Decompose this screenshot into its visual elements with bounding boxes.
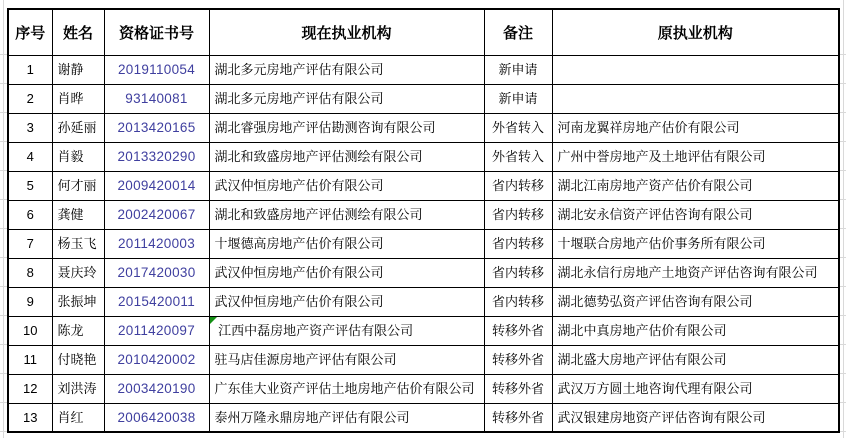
cell-remark[interactable]: 省内转移: [484, 258, 552, 287]
spreadsheet-gridline: [0, 199, 7, 200]
cell-index[interactable]: 9: [8, 287, 52, 316]
spreadsheet-gridline: [0, 431, 7, 432]
cell-current_org[interactable]: 武汉仲恒房地产估价有限公司: [209, 258, 484, 287]
cell-cert_no[interactable]: 2003420190: [104, 374, 209, 403]
cell-remark[interactable]: 转移外省: [484, 345, 552, 374]
cell-original_org[interactable]: 河南龙翼祥房地产估价有限公司: [552, 113, 839, 142]
cell-cert_no[interactable]: 2006420038: [104, 403, 209, 432]
header-index[interactable]: 序号: [8, 9, 52, 55]
cell-remark[interactable]: 转移外省: [484, 403, 552, 432]
spreadsheet-gridline: [0, 286, 7, 287]
cell-name[interactable]: 孙延丽: [52, 113, 104, 142]
spreadsheet-gridline: [0, 373, 7, 374]
cell-name[interactable]: 肖毅: [52, 142, 104, 171]
cell-remark[interactable]: 外省转入: [484, 142, 552, 171]
spreadsheet-gridline: [0, 141, 7, 142]
cell-name[interactable]: 何才丽: [52, 171, 104, 200]
transfer-table: 序号姓名资格证书号现在执业机构备注原执业机构 1谢静2019110054湖北多元…: [7, 8, 840, 433]
cell-index[interactable]: 8: [8, 258, 52, 287]
header-original_org[interactable]: 原执业机构: [552, 9, 839, 55]
cell-cert_no[interactable]: 2011420097: [104, 316, 209, 345]
header-current_org[interactable]: 现在执业机构: [209, 9, 484, 55]
cell-remark[interactable]: 省内转移: [484, 287, 552, 316]
spreadsheet-gridline: [0, 315, 7, 316]
cell-index[interactable]: 4: [8, 142, 52, 171]
cell-index[interactable]: 10: [8, 316, 52, 345]
cell-cert_no[interactable]: 2015420011: [104, 287, 209, 316]
cell-cert_no[interactable]: 2011420003: [104, 229, 209, 258]
cell-remark[interactable]: 转移外省: [484, 374, 552, 403]
header-name[interactable]: 姓名: [52, 9, 104, 55]
header-row: 序号姓名资格证书号现在执业机构备注原执业机构: [8, 9, 839, 55]
table-row: 12刘洪涛2003420190广东佳大业资产评估土地房地产估价有限公司转移外省武…: [8, 374, 839, 403]
table-row: 13肖红2006420038泰州万隆永鼎房地产评估有限公司转移外省武汉银建房地资…: [8, 403, 839, 432]
table-row: 9张振坤2015420011武汉仲恒房地产估价有限公司省内转移湖北德势弘资产评估…: [8, 287, 839, 316]
cell-remark[interactable]: 转移外省: [484, 316, 552, 345]
spreadsheet-gridline: [0, 54, 7, 55]
cell-current_org[interactable]: 武汉仲恒房地产估价有限公司: [209, 287, 484, 316]
table-row: 5何才丽2009420014武汉仲恒房地产估价有限公司省内转移湖北江南房地产资产…: [8, 171, 839, 200]
cell-name[interactable]: 肖晔: [52, 84, 104, 113]
cell-original_org[interactable]: 武汉银建房地资产评估咨询有限公司: [552, 403, 839, 432]
cell-name[interactable]: 陈龙: [52, 316, 104, 345]
cell-current_org[interactable]: 驻马店佳源房地产评估有限公司: [209, 345, 484, 374]
header-remark[interactable]: 备注: [484, 9, 552, 55]
spreadsheet-view: 序号姓名资格证书号现在执业机构备注原执业机构 1谢静2019110054湖北多元…: [0, 0, 846, 438]
cell-original_org[interactable]: 湖北盛大房地产评估有限公司: [552, 345, 839, 374]
cell-original_org[interactable]: 湖北德势弘资产评估咨询有限公司: [552, 287, 839, 316]
cell-original_org[interactable]: [552, 55, 839, 84]
cell-name[interactable]: 杨玉飞: [52, 229, 104, 258]
cell-current_org[interactable]: 十堰德高房地产估价有限公司: [209, 229, 484, 258]
cell-remark[interactable]: 外省转入: [484, 113, 552, 142]
spreadsheet-gridline: [0, 257, 7, 258]
cell-original_org[interactable]: 湖北永信行房地产土地资产评估咨询有限公司: [552, 258, 839, 287]
table-row: 3孙延丽2013420165湖北睿强房地产评估勘测咨询有限公司外省转入河南龙翼祥…: [8, 113, 839, 142]
cell-current_org[interactable]: 广东佳大业资产评估土地房地产估价有限公司: [209, 374, 484, 403]
table-body: 1谢静2019110054湖北多元房地产评估有限公司新申请2肖晔93140081…: [8, 55, 839, 432]
cell-index[interactable]: 5: [8, 171, 52, 200]
cell-original_org[interactable]: 湖北江南房地产资产估价有限公司: [552, 171, 839, 200]
cell-remark[interactable]: 省内转移: [484, 171, 552, 200]
spreadsheet-gridline: [0, 228, 7, 229]
cell-index[interactable]: 13: [8, 403, 52, 432]
cell-name[interactable]: 刘洪涛: [52, 374, 104, 403]
cell-remark[interactable]: 新申请: [484, 84, 552, 113]
cell-original_org[interactable]: 武汉万方圆土地咨询代理有限公司: [552, 374, 839, 403]
cell-name[interactable]: 谢静: [52, 55, 104, 84]
cell-error-indicator-triangle: [210, 317, 217, 324]
spreadsheet-gridline: [0, 112, 7, 113]
table-row: 1谢静2019110054湖北多元房地产评估有限公司新申请: [8, 55, 839, 84]
cell-index[interactable]: 12: [8, 374, 52, 403]
cell-index[interactable]: 1: [8, 55, 52, 84]
cell-index[interactable]: 7: [8, 229, 52, 258]
cell-remark[interactable]: 省内转移: [484, 200, 552, 229]
cell-current_org[interactable]: 泰州万隆永鼎房地产评估有限公司: [209, 403, 484, 432]
cell-cert_no[interactable]: 2017420030: [104, 258, 209, 287]
spreadsheet-gridline: [0, 402, 7, 403]
table-row: 4肖毅2013320290湖北和致盛房地产评估测绘有限公司外省转入广州中誉房地产…: [8, 142, 839, 171]
cell-cert_no[interactable]: 2019110054: [104, 55, 209, 84]
table-row: 11付晓艳2010420002驻马店佳源房地产评估有限公司转移外省湖北盛大房地产…: [8, 345, 839, 374]
cell-original_org[interactable]: 湖北安永信资产评估咨询有限公司: [552, 200, 839, 229]
cell-original_org[interactable]: 十堰联合房地产估价事务所有限公司: [552, 229, 839, 258]
table-header: 序号姓名资格证书号现在执业机构备注原执业机构: [8, 9, 839, 55]
cell-current_org[interactable]: 湖北多元房地产评估有限公司: [209, 84, 484, 113]
cell-index[interactable]: 2: [8, 84, 52, 113]
cell-cert_no[interactable]: 2009420014: [104, 171, 209, 200]
cell-name[interactable]: 聂庆玲: [52, 258, 104, 287]
cell-current_org[interactable]: 湖北睿强房地产评估勘测咨询有限公司: [209, 113, 484, 142]
cell-current_org[interactable]: 湖北和致盛房地产评估测绘有限公司: [209, 200, 484, 229]
cell-current_org[interactable]: 武汉仲恒房地产估价有限公司: [209, 171, 484, 200]
cell-index[interactable]: 6: [8, 200, 52, 229]
cell-remark[interactable]: 新申请: [484, 55, 552, 84]
cell-cert_no[interactable]: 2013320290: [104, 142, 209, 171]
cell-current_org[interactable]: 湖北多元房地产评估有限公司: [209, 55, 484, 84]
cell-cert_no[interactable]: 93140081: [104, 84, 209, 113]
table-row: 8聂庆玲2017420030武汉仲恒房地产估价有限公司省内转移湖北永信行房地产土…: [8, 258, 839, 287]
cell-cert_no[interactable]: 2010420002: [104, 345, 209, 374]
cell-name[interactable]: 付晓艳: [52, 345, 104, 374]
cell-name[interactable]: 张振坤: [52, 287, 104, 316]
cell-index[interactable]: 3: [8, 113, 52, 142]
cell-name[interactable]: 肖红: [52, 403, 104, 432]
cell-cert_no[interactable]: 2002420067: [104, 200, 209, 229]
spreadsheet-gridline: [0, 344, 7, 345]
cell-current_org[interactable]: 湖北和致盛房地产评估测绘有限公司: [209, 142, 484, 171]
table-row: 10陈龙2011420097 江西中磊房地产资产评估有限公司转移外省湖北中真房地…: [8, 316, 839, 345]
spreadsheet-gridline: [0, 170, 7, 171]
cell-current_org[interactable]: 江西中磊房地产资产评估有限公司: [209, 316, 484, 345]
spreadsheet-gridline: [0, 83, 7, 84]
cell-name[interactable]: 龚健: [52, 200, 104, 229]
cell-remark[interactable]: 省内转移: [484, 229, 552, 258]
table-row: 2肖晔93140081湖北多元房地产评估有限公司新申请: [8, 84, 839, 113]
cell-original_org[interactable]: [552, 84, 839, 113]
cell-original_org[interactable]: 广州中誉房地产及土地评估有限公司: [552, 142, 839, 171]
header-cert_no[interactable]: 资格证书号: [104, 9, 209, 55]
table-row: 7杨玉飞2011420003十堰德高房地产估价有限公司省内转移十堰联合房地产估价…: [8, 229, 839, 258]
table-row: 6龚健2002420067湖北和致盛房地产评估测绘有限公司省内转移湖北安永信资产…: [8, 200, 839, 229]
cell-original_org[interactable]: 湖北中真房地产估价有限公司: [552, 316, 839, 345]
cell-cert_no[interactable]: 2013420165: [104, 113, 209, 142]
cell-index[interactable]: 11: [8, 345, 52, 374]
